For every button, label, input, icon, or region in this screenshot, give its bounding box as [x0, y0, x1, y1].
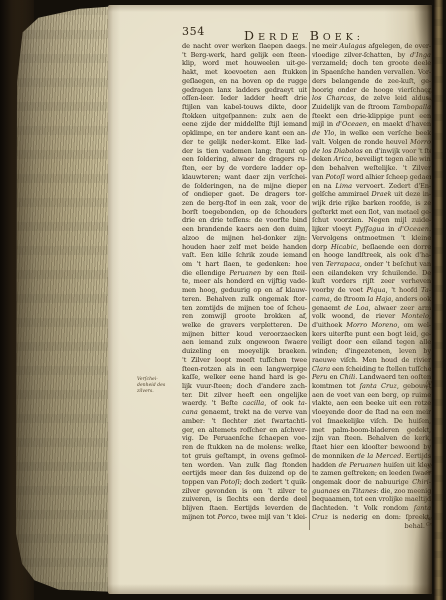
scanned-book-photo: { "header": { "page_number": "354", "tit…: [0, 0, 446, 600]
margin-note-right-2: ſantaCruz.: [426, 380, 432, 393]
text-line: vloedige zilver-ſchatten, by d'Inga: [312, 51, 431, 60]
catchword: behal.: [312, 522, 425, 530]
text-line: een eilandeken vry ſchuilende. De: [312, 269, 431, 278]
text-line: zuiveren, is ſlechts een derde deel: [182, 495, 307, 504]
text-line: geſlaegen, en na boven op de rugge: [182, 77, 307, 86]
text-line: waerdy. 't Beſte cacilla, of ook ta-: [182, 399, 307, 408]
text-line: der te gelijk neder-komt. Elke lad-: [182, 138, 307, 147]
text-line: Cruz is nederig en dom: ſpreekt,: [312, 513, 431, 522]
text-line: lijk vuur-ſteen; doch d'andere zach-: [182, 382, 307, 391]
text-line: ren de ſtukken na de molens: welke,: [182, 443, 307, 452]
text-line: 't Berg-werk, hard gelijk een ſteen-: [182, 51, 307, 60]
text-line: met palm-boom-bladeren gedekt,: [312, 426, 431, 435]
text-line: valt. Volgen de ronde heuvel Morro: [312, 138, 431, 147]
text-line: genaemt de Loa, alwaer zeer arm: [312, 304, 431, 313]
text-line: ſten, eer by de vordere ladder op-: [182, 164, 307, 173]
text-line: Clara een ſcheiding te ſtellen tuſſchen: [312, 365, 431, 374]
text-line: ders belangende de zee-kuſt, ge-: [312, 77, 431, 86]
text-line: de ſolderingen, na de mijne dieper: [182, 182, 307, 191]
text-line: dorp Hicabic, beſlaende een dorre: [312, 243, 431, 252]
text-line: verzameld; doch ten groote deele: [312, 59, 431, 68]
text-line: klip, word met houweelen uit-ge-: [182, 59, 307, 68]
margin-note-right-1: de zee-kuſt.: [426, 90, 432, 103]
text-line: winden; d'ingezetenen, leven by: [312, 347, 431, 356]
text-line: vaſt. Een kille ſchrik zoude iemand: [182, 251, 307, 260]
text-line: een brandende kaers aen den duim,: [182, 225, 307, 234]
text-line: of ondieper gaet. De dragers tor-: [182, 190, 307, 199]
text-line: vloeyende door de ſtad na een meir: [312, 408, 431, 417]
text-line: de los Diabolos en d'inwijk voor 't ſte-: [312, 147, 431, 156]
next-page-edge: [434, 0, 443, 600]
text-line: ſteen-rotzen als in een langwerpige: [182, 365, 307, 374]
text-line: opklimpe, en ter andere kant een an-: [182, 129, 307, 138]
text-line: zilvers.: [137, 389, 173, 395]
text-line: ne meir Aulagas afgelegen, de over-: [312, 42, 431, 51]
text-line: ongemak door de nabuurige Chiri-: [312, 478, 431, 487]
text-line: hoorig onder de hooge vierſchaer: [312, 86, 431, 95]
text-line: eertijds meer dan ſes duizend op de: [182, 469, 307, 478]
text-line: en na Lima vervoert. Zedert d'En-: [312, 182, 431, 191]
margin-note-right-4: ſantaCruz.: [426, 516, 432, 529]
text-line: eene zijde der middelſte ſtijl iemand: [182, 120, 307, 129]
text-line: ſchut voorzien. Negen mijl zuide-: [312, 216, 431, 225]
text-line: hadden de Peruanen huiſen uit kley: [312, 461, 431, 470]
text-line: de Ylo, in welke een verſche beek: [312, 129, 431, 138]
text-line: oſſen-leer. Ieder ladder heeft drie: [182, 94, 307, 103]
text-line: drie en drie teſſens: de voorſte bind: [182, 216, 307, 225]
text-line: cama, de ſtroom la Haja, anders ook: [312, 295, 431, 304]
text-line: borſt toegebonden, op de ſchouders: [182, 208, 307, 217]
text-line: mijnen bitter koud veroorzaecken: [182, 330, 307, 339]
running-title-initial-2: B: [310, 28, 323, 43]
text-line: veiligt door een eiland tegen alle: [312, 338, 431, 347]
text-line: de monniken de la Merced. Eertijds: [312, 452, 431, 461]
text-line: d'uithoek Morro Moreno, om wel-: [312, 321, 431, 330]
text-line: den behalven weſtelijke. 't Zilver: [312, 164, 431, 173]
text-line: lijker vloeyt Pyſſagua in d'Oceaen.: [312, 225, 431, 234]
text-line: ten worden. Van zulk ſlag ſtonden: [182, 461, 307, 470]
text-line: los Charcas, de zelve leid aldus.: [312, 94, 431, 103]
text-line: zilver gevonden is om 't zilver te: [182, 487, 307, 496]
text-line: blijven ſtaen. Eertijds leverden de: [182, 504, 307, 513]
text-line: te, meer als honderd en vijftig vade-: [182, 277, 307, 286]
text-line: duizeling en moeyelijk braeken.: [182, 347, 307, 356]
text-line: Zuidelijk van de ſtroom Tambopalla: [312, 103, 431, 112]
text-line: houden haer zelf met beide handen: [182, 243, 307, 252]
text-line: ſtijlen van kabel-touws dikte, door: [182, 103, 307, 112]
text-line: wijk drie rijke barken roofde, is ze: [312, 199, 431, 208]
text-line: 't Zilver loopt meeſt tuſſchen twee: [182, 356, 307, 365]
text-line: Cruz.: [426, 522, 432, 529]
text-line: te zamen geſtreken; en leeden ſwaer: [312, 469, 431, 478]
text-line: Peru en Chili. Landwaerd ten ooſten: [312, 373, 431, 382]
running-title-initial-1: D: [244, 28, 258, 43]
text-line: ven Terrapaca, onder 't beſchut van: [312, 260, 431, 269]
text-line: men hoog, geduurig op en af klauw-: [182, 286, 307, 295]
text-line: volk woond, de riever Montelo,: [312, 312, 431, 321]
text-line: hakt, met koevoeten aen ſtukken: [182, 68, 307, 77]
text-line: amber: 't ſlechter ziet ſwartachti-: [182, 417, 307, 426]
book-page: 354 DERDEBOEK: Verſchei-denheid deszilve…: [108, 5, 432, 594]
text-line: Vervolgens ontmoetmen 't kleine: [312, 234, 431, 243]
text-column-right: ne meir Aulagas afgelegen, de over-vloed…: [312, 42, 431, 522]
text-line: der is tien vademen lang; ſteunt op: [182, 147, 307, 156]
text-line: zen de berg-ſtof in een zak, voor de: [182, 199, 307, 208]
text-line: deken Arica, beveiligt tegen alle win-: [312, 155, 431, 164]
text-line: toppen van Potoſi; doch zedert 't quik-: [182, 478, 307, 487]
text-line: die ellendige Peruanen by een ſteil-: [182, 269, 307, 278]
text-line: ſtokken uitgeſpannen: zulx aen de: [182, 112, 307, 121]
text-column-left: de nacht over werken ſlaepen daegs.'t Be…: [182, 42, 307, 522]
text-line: gedragen lanx ladders gedraeyt uit: [182, 86, 307, 95]
text-line: aen de voet van een berg, op ruime: [312, 391, 431, 400]
text-line: vlakte, aen een beeke uit een rotze: [312, 399, 431, 408]
text-line: van Potoſi word alhier ſcheep gedaen,: [312, 173, 431, 182]
text-line: kaſſe, welker eene hand hard is ge-: [182, 373, 307, 382]
text-line: guanaes en Titanes: die, zoo meenig: [312, 487, 431, 496]
text-line: ger, en altemets roſſcher en aſchver-: [182, 426, 307, 435]
text-line: welke de gravers verpletteren. De: [182, 321, 307, 330]
text-line: ten zomtijds de mijnen toe of ſcheu-: [182, 304, 307, 313]
text-line: om 't hart ſlaen, te gedenken: hoe: [182, 260, 307, 269]
text-line: zijn van ſteen. Behalven de kerk,: [312, 434, 431, 443]
column-divider-rule: [309, 42, 310, 530]
text-line: voorby de voet Piqua, 't hoofd Ta-: [312, 286, 431, 295]
text-line: bequaamen, tot een vrolijke maeltijd: [312, 495, 431, 504]
margin-note-left: Verſchei-denheid deszilvers.: [137, 377, 173, 396]
text-line: ſtaet hier een klooſter bewoond by: [312, 443, 431, 452]
text-line: ren zomwijl groote brokken af,: [182, 312, 307, 321]
text-line: alzoo de mijnen hel-donker zijn:: [182, 234, 307, 243]
text-line: in Spaenſche handen vervallen. Vor-: [312, 68, 431, 77]
text-line: ſteekt een drie-klippige punt een: [312, 112, 431, 121]
text-line: kers uiterſte punt een bogt leid, ge-: [312, 330, 431, 339]
text-line: raeuwe viſch. Men houd de rivier: [312, 356, 431, 365]
text-line: gelſche ammirael Draek uit deze in-: [312, 190, 431, 199]
text-line: kuſt vorders rijſt zeer verheven: [312, 277, 431, 286]
text-line: en hooge landſtreek, als ook d'ha-: [312, 251, 431, 260]
text-line: vol ſmaekelijke viſch. De huiſen,: [312, 417, 431, 426]
text-line: een ſoldering, alwaer de dragers ru-: [182, 155, 307, 164]
text-line: geſterkt met een ſlot, van metael ge-: [312, 208, 431, 217]
text-line: mijl in d'Oceaen, en maekt d'haven: [312, 120, 431, 129]
text-line: vig. De Peruaenſche ſchaepen voe-: [182, 434, 307, 443]
text-line: tot gruis geſtampt, in ovens geſmol-: [182, 452, 307, 461]
book-fore-edge-pages: [16, 6, 118, 592]
text-line: aen iemand zulx ongewoon ſwaere: [182, 338, 307, 347]
margin-note-right-3: d'hui-ſen.: [426, 464, 432, 477]
text-line: klauwteren; want daer zijn verſchei-: [182, 173, 307, 182]
text-line: cana genaemt, trekt na de verve van: [182, 408, 307, 417]
text-line: mijnen tot Porco, twee mijl van 't klei-: [182, 513, 307, 522]
text-line: de nacht over werken ſlaepen daegs.: [182, 42, 307, 51]
text-line: teren. Behalven zulk ongemak ſtor-: [182, 295, 307, 304]
text-line: ſlachteden. 't Volk rondom ſanta: [312, 504, 431, 513]
text-line: ter. Dit zilver heeft een ongelijke: [182, 391, 307, 400]
text-line: komtmen tot ſanta Cruz, gebouwt: [312, 382, 431, 391]
